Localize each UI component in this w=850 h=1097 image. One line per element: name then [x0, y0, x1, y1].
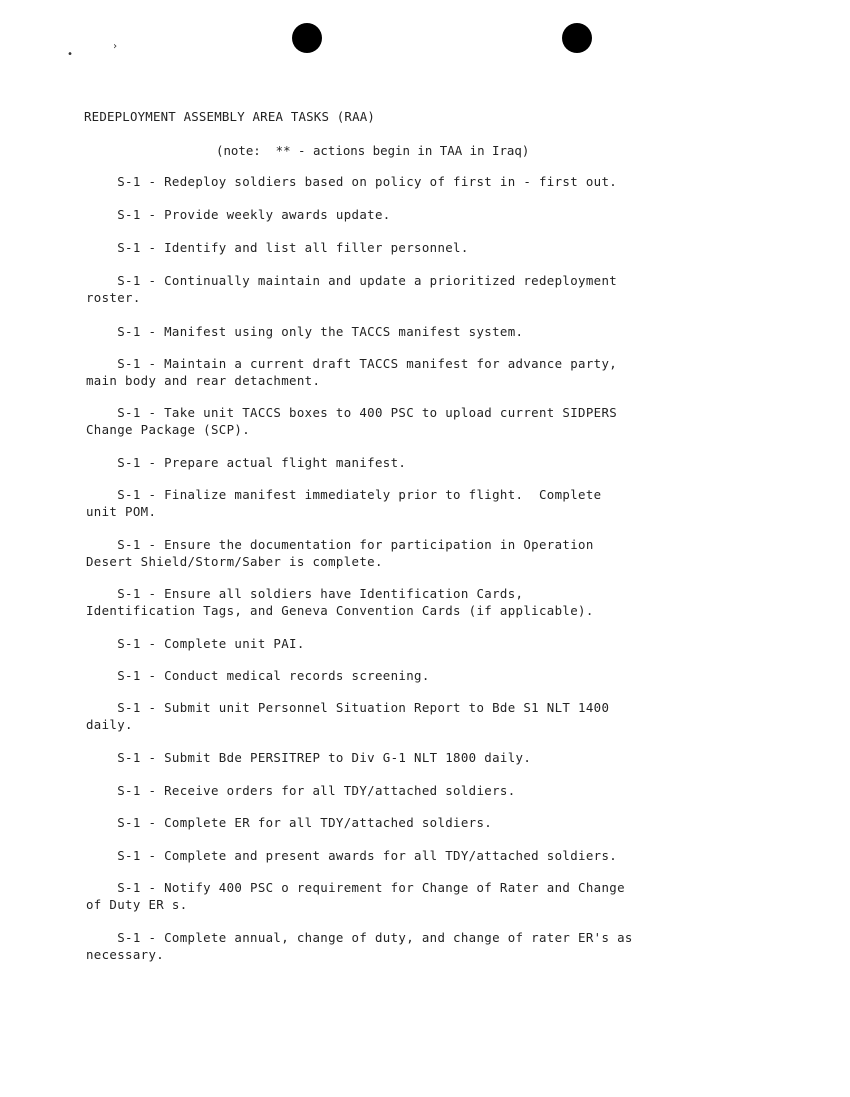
- task-item: S-1 - Complete unit PAI.: [86, 636, 305, 653]
- task-item: S-1 - Continually maintain and update a …: [86, 273, 617, 306]
- task-item: S-1 - Identify and list all filler perso…: [86, 240, 469, 257]
- scan-mark: •: [67, 49, 73, 60]
- task-item: S-1 - Manifest using only the TACCS mani…: [86, 324, 523, 341]
- punch-hole-right: [562, 23, 592, 53]
- scan-mark: ›: [112, 41, 118, 52]
- document-title: REDEPLOYMENT ASSEMBLY AREA TASKS (RAA): [84, 109, 375, 124]
- task-item: S-1 - Redeploy soldiers based on policy …: [86, 174, 617, 191]
- task-item: S-1 - Submit unit Personnel Situation Re…: [86, 700, 609, 733]
- task-item: S-1 - Complete ER for all TDY/attached s…: [86, 815, 492, 832]
- task-item: S-1 - Complete and present awards for al…: [86, 848, 617, 865]
- task-item: S-1 - Complete annual, change of duty, a…: [86, 930, 633, 963]
- task-item: S-1 - Finalize manifest immediately prio…: [86, 487, 601, 520]
- task-item: S-1 - Notify 400 PSC o requirement for C…: [86, 880, 625, 913]
- task-item: S-1 - Prepare actual flight manifest.: [86, 455, 406, 472]
- task-item: S-1 - Provide weekly awards update.: [86, 207, 391, 224]
- task-item: S-1 - Submit Bde PERSITREP to Div G-1 NL…: [86, 750, 531, 767]
- punch-hole-left: [292, 23, 322, 53]
- task-item: S-1 - Receive orders for all TDY/attache…: [86, 783, 516, 800]
- task-item: S-1 - Maintain a current draft TACCS man…: [86, 356, 617, 389]
- task-item: S-1 - Take unit TACCS boxes to 400 PSC t…: [86, 405, 617, 438]
- task-item: S-1 - Conduct medical records screening.: [86, 668, 430, 685]
- task-item: S-1 - Ensure the documentation for parti…: [86, 537, 594, 570]
- task-item: S-1 - Ensure all soldiers have Identific…: [86, 586, 594, 619]
- document-note: (note: ** - actions begin in TAA in Iraq…: [216, 143, 529, 158]
